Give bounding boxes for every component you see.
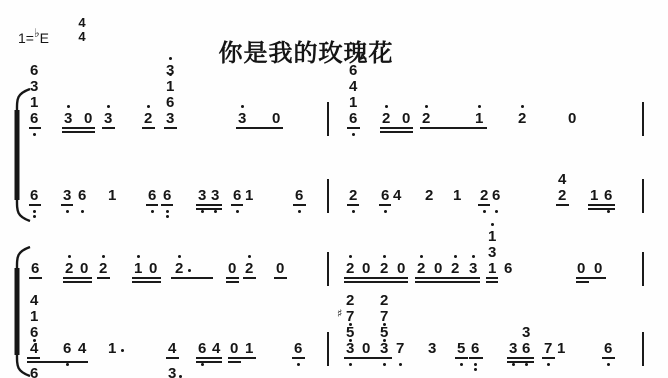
note-digit: 2 xyxy=(175,261,183,276)
note-digit: 3 xyxy=(211,188,219,203)
note-digit: 6 xyxy=(294,341,302,356)
beam-line xyxy=(380,131,413,133)
time-signature-numerator: 4 xyxy=(74,16,90,30)
octave-dot-above xyxy=(454,255,457,258)
octave-dot-below xyxy=(201,210,204,213)
rest-digit: 0 xyxy=(594,261,602,276)
octave-dot-below xyxy=(349,363,352,366)
beam-line xyxy=(102,127,115,129)
rest-digit: 0 xyxy=(276,261,284,276)
chord-digit: 7 xyxy=(380,309,388,324)
note-digit: 1 xyxy=(557,341,565,356)
octave-dot-above xyxy=(472,255,475,258)
note-digit: 5 xyxy=(457,341,465,356)
key-signature: 1=♭E xyxy=(18,30,49,46)
note-digit: 2 xyxy=(99,261,107,276)
note-digit: 3 xyxy=(509,341,517,356)
beam-line xyxy=(293,204,306,206)
beam-line xyxy=(164,127,177,129)
chord-digit: 1 xyxy=(349,95,357,110)
rest-digit: 0 xyxy=(362,261,370,276)
octave-dot-below xyxy=(474,368,477,371)
octave-dot-below xyxy=(298,210,301,213)
sheet-music-page: 1=♭E 4 4 你是我的玫瑰花 66313032331630664120212… xyxy=(0,0,668,378)
note-digit: 3 xyxy=(198,188,206,203)
beam-line xyxy=(415,277,480,279)
octave-dot-below xyxy=(352,133,355,136)
octave-dot-below xyxy=(512,363,515,366)
octave-dot-below xyxy=(384,210,387,213)
note-digit: 1 xyxy=(453,188,461,203)
beam-line xyxy=(344,281,408,283)
octave-dot-above xyxy=(385,105,388,108)
octave-dot-below xyxy=(525,363,528,366)
beam-line xyxy=(62,131,95,133)
beam-line xyxy=(243,277,256,279)
beam-line xyxy=(380,127,413,129)
brace-icon xyxy=(4,88,34,222)
octave-dot-above xyxy=(68,255,71,258)
note-digit: 2 xyxy=(480,188,488,203)
rest-digit: 0 xyxy=(568,111,576,126)
note-digit: 3 xyxy=(104,111,112,126)
note-digit: 6 xyxy=(522,341,530,356)
beam-line xyxy=(61,204,73,206)
note-digit: 2 xyxy=(382,111,390,126)
chord-digit: 7 xyxy=(346,309,354,324)
note-digit: 2 xyxy=(558,188,566,203)
note-digit: 6 xyxy=(78,188,86,203)
beam-line xyxy=(588,204,615,206)
chord-digit: 6 xyxy=(30,63,38,78)
octave-dot-above xyxy=(107,105,110,108)
beam-line xyxy=(542,357,555,359)
octave-dot-above xyxy=(491,223,494,226)
octave-dot-below xyxy=(460,363,463,366)
beam-line xyxy=(196,208,222,210)
beam-line xyxy=(507,357,534,359)
octave-dot-above xyxy=(425,105,428,108)
chord-digit-below: 3 xyxy=(168,366,176,378)
time-signature-denominator: 4 xyxy=(74,30,90,44)
note-digit: 1 xyxy=(134,261,142,276)
augmentation-dot xyxy=(188,269,191,272)
beam-line xyxy=(576,281,589,283)
note-digit: 3 xyxy=(166,111,174,126)
beam-line xyxy=(455,357,468,359)
note-digit: 6 xyxy=(492,188,500,203)
rest-digit: 0 xyxy=(362,341,370,356)
chord-digit: 4 xyxy=(349,79,357,94)
octave-dot-above xyxy=(67,105,70,108)
note-digit: 1 xyxy=(245,341,253,356)
rest-digit: 0 xyxy=(397,261,405,276)
rest-digit: 0 xyxy=(80,261,88,276)
beam-line xyxy=(478,204,490,206)
note-digit: 6 xyxy=(604,341,612,356)
octave-dot-below xyxy=(352,210,355,213)
chord-digit: 2 xyxy=(346,293,354,308)
note-digit: 3 xyxy=(380,341,388,356)
beam-line xyxy=(415,281,480,283)
beam-line xyxy=(420,127,487,129)
beam-line xyxy=(132,281,161,283)
note-digit: 6 xyxy=(198,341,206,356)
octave-dot-below xyxy=(66,210,69,213)
rest-digit: 0 xyxy=(228,261,236,276)
flat-icon: ♭ xyxy=(34,26,40,40)
octave-dot-below xyxy=(399,363,402,366)
octave-dot-below xyxy=(495,210,498,213)
beam-line xyxy=(507,361,534,363)
barline xyxy=(327,102,329,136)
note-digit: 7 xyxy=(544,341,552,356)
beam-line xyxy=(171,277,213,279)
barline xyxy=(642,252,644,286)
barline xyxy=(327,252,329,286)
note-digit: 4 xyxy=(212,341,220,356)
beam-line xyxy=(196,361,222,363)
beam-line xyxy=(226,281,239,283)
song-title: 你是我的玫瑰花 xyxy=(219,33,394,68)
octave-dot-below xyxy=(66,363,69,366)
note-digit: 6 xyxy=(163,188,171,203)
beam-line xyxy=(142,127,155,129)
beam-line xyxy=(196,204,222,206)
note-digit: 6 xyxy=(63,341,71,356)
octave-dot-above xyxy=(521,105,524,108)
beam-line xyxy=(62,127,95,129)
octave-dot-below xyxy=(474,363,477,366)
octave-dot-below xyxy=(607,363,610,366)
note-digit: 2 xyxy=(245,261,253,276)
chord-digit: 2 xyxy=(380,293,388,308)
beam-line xyxy=(63,277,92,279)
time-signature: 4 4 xyxy=(74,16,90,44)
octave-dot-below xyxy=(236,210,239,213)
beam-line xyxy=(379,204,391,206)
beam-line xyxy=(63,281,92,283)
octave-dot-below xyxy=(81,210,84,213)
note-digit: 3 xyxy=(64,111,72,126)
note-digit: 1 xyxy=(245,188,253,203)
octave-dot-below xyxy=(166,215,169,218)
note-digit: 3 xyxy=(63,188,71,203)
octave-dot-above xyxy=(349,255,352,258)
note-digit: 6 xyxy=(504,261,512,276)
augmentation-dot xyxy=(121,349,124,352)
octave-dot-below xyxy=(151,210,154,213)
octave-dot-above xyxy=(169,57,172,60)
chord-digit: 1 xyxy=(166,79,174,94)
note-digit: 6 xyxy=(381,188,389,203)
beam-line xyxy=(486,277,498,279)
note-digit: 2 xyxy=(417,261,425,276)
chord-digit: 6 xyxy=(349,63,357,78)
brace-icon xyxy=(4,246,34,377)
rest-digit: 0 xyxy=(434,261,442,276)
note-digit: 3 xyxy=(469,261,477,276)
octave-dot-below xyxy=(383,339,386,342)
octave-dot-below xyxy=(349,339,352,342)
octave-dot-below xyxy=(547,363,550,366)
grand-staff-brace xyxy=(4,246,34,377)
note-digit: 2 xyxy=(422,111,430,126)
note-digit: 2 xyxy=(451,261,459,276)
octave-dot-above xyxy=(248,255,251,258)
chord-digit: 4 xyxy=(558,172,566,187)
beam-line xyxy=(27,361,88,363)
grand-staff-brace xyxy=(4,88,34,222)
beam-line xyxy=(556,204,569,206)
note-digit: 6 xyxy=(148,188,156,203)
beam-line xyxy=(132,277,161,279)
note-digit: 6 xyxy=(295,188,303,203)
barline xyxy=(642,332,644,366)
rest-digit: 0 xyxy=(230,341,238,356)
octave-dot-above xyxy=(137,255,140,258)
octave-dot-above xyxy=(178,255,181,258)
octave-dot-above xyxy=(241,105,244,108)
beam-line xyxy=(347,204,359,206)
note-digit: 2 xyxy=(349,188,357,203)
rest-digit: 0 xyxy=(577,261,585,276)
note-digit: 2 xyxy=(65,261,73,276)
octave-dot-below xyxy=(297,363,300,366)
octave-dot-below xyxy=(607,210,610,213)
octave-dot-below xyxy=(201,363,204,366)
octave-dot-below xyxy=(483,210,486,213)
beam-line xyxy=(146,204,158,206)
note-digit: 2 xyxy=(380,261,388,276)
chord-digit: 6 xyxy=(166,95,174,110)
beam-line xyxy=(588,208,615,210)
beam-line xyxy=(602,357,615,359)
note-digit: 6 xyxy=(233,188,241,203)
note-digit: 2 xyxy=(425,188,433,203)
beam-line xyxy=(344,357,392,359)
octave-dot-below xyxy=(383,363,386,366)
note-digit: 4 xyxy=(168,341,176,356)
rest-digit: 0 xyxy=(149,261,157,276)
beam-line xyxy=(236,127,283,129)
rest-digit: 0 xyxy=(84,111,92,126)
chord-digit: 5 xyxy=(380,325,388,340)
beam-line xyxy=(486,281,498,283)
note-digit: 1 xyxy=(108,341,116,356)
note-digit: 1 xyxy=(488,261,496,276)
beam-line xyxy=(347,127,360,129)
octave-dot-above xyxy=(478,105,481,108)
note-digit: 2 xyxy=(144,111,152,126)
octave-dot-below xyxy=(214,210,217,213)
beam-line xyxy=(161,204,173,206)
note-digit: 1 xyxy=(108,188,116,203)
beam-line xyxy=(228,361,241,363)
barline xyxy=(327,332,329,366)
beam-line xyxy=(196,357,222,359)
beam-line xyxy=(166,357,179,359)
chord-digit: 5 xyxy=(346,325,354,340)
note-digit: 6 xyxy=(604,188,612,203)
rest-digit: 0 xyxy=(272,111,280,126)
octave-dot-above xyxy=(169,73,172,76)
beam-line xyxy=(228,357,256,359)
beam-line xyxy=(231,204,243,206)
beam-line xyxy=(97,277,110,279)
beam-line xyxy=(226,277,239,279)
note-digit: 7 xyxy=(396,341,404,356)
note-digit: 3 xyxy=(428,341,436,356)
octave-dot-below xyxy=(166,210,169,213)
beam-line xyxy=(292,357,305,359)
chord-digit: 3 xyxy=(488,245,496,260)
note-digit: 1 xyxy=(590,188,598,203)
beam-line xyxy=(576,277,606,279)
note-digit: 3 xyxy=(346,341,354,356)
barline xyxy=(642,179,644,213)
barline xyxy=(642,102,644,136)
rest-digit: 0 xyxy=(402,111,410,126)
sharp-icon: ♯ xyxy=(337,308,342,319)
key-letter: E xyxy=(40,30,49,46)
note-digit: 3 xyxy=(238,111,246,126)
key-prefix: 1= xyxy=(18,30,34,46)
octave-dot-above xyxy=(102,255,105,258)
octave-dot-above xyxy=(147,105,150,108)
barline xyxy=(327,179,329,213)
octave-dot-above xyxy=(420,255,423,258)
beam-line xyxy=(344,277,408,279)
octave-dot-above xyxy=(383,255,386,258)
chord-digit: 1 xyxy=(488,229,496,244)
note-digit: 6 xyxy=(471,341,479,356)
note-digit: 2 xyxy=(518,111,526,126)
note-digit: 1 xyxy=(475,111,483,126)
note-digit: 4 xyxy=(393,188,401,203)
note-digit: 2 xyxy=(346,261,354,276)
note-digit: 6 xyxy=(349,111,357,126)
chord-digit: 3 xyxy=(522,325,530,340)
note-digit: 4 xyxy=(78,341,86,356)
beam-line xyxy=(274,277,287,279)
beam-line xyxy=(469,357,483,359)
